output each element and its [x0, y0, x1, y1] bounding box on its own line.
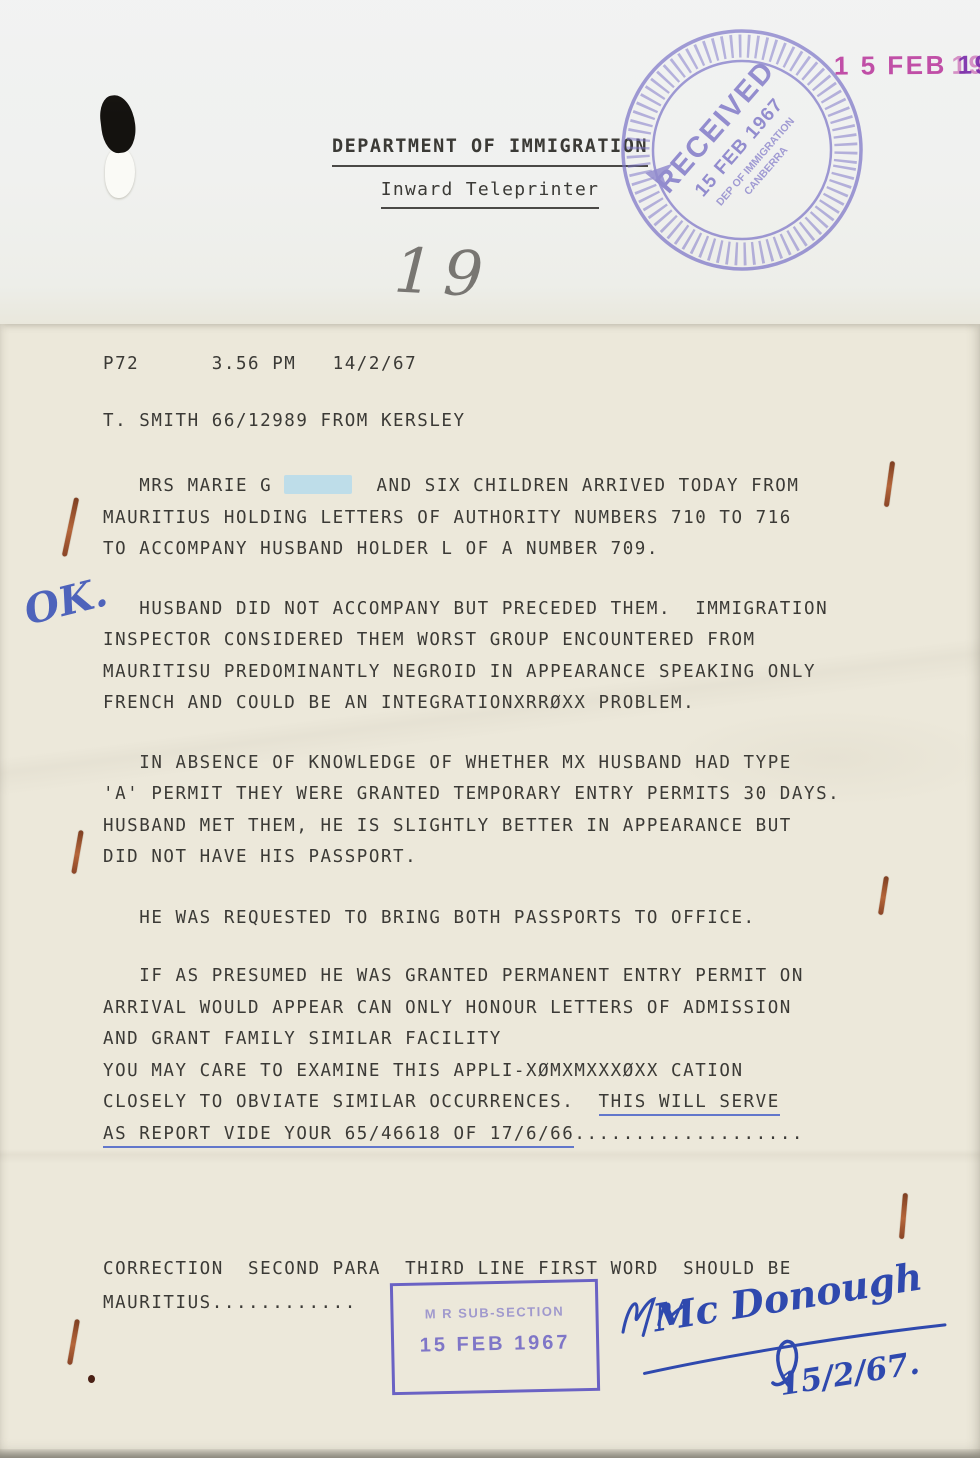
text-line: HUSBAND DID NOT ACCOMPANY BUT PRECEDED T… [103, 594, 933, 626]
pen-underlined-text: THIS WILL SERVE [599, 1092, 780, 1116]
date-stamp-top-right: 1 5 FEB 1967 [834, 49, 980, 81]
paragraph-1: MRS MARIE G AND SIX CHILDREN ARRIVED TOD… [103, 471, 933, 566]
text-segment: MRS MARIE G [103, 476, 284, 496]
text-line: IN ABSENCE OF KNOWLEDGE OF WHETHER MX HU… [103, 748, 933, 780]
text-segment: ................... [574, 1124, 804, 1144]
text-line: HE WAS REQUESTED TO BRING BOTH PASSPORTS… [103, 903, 933, 935]
ink-speck [88, 1375, 95, 1383]
paragraph-3: IN ABSENCE OF KNOWLEDGE OF WHETHER MX HU… [103, 748, 933, 874]
staple-mark [71, 830, 83, 874]
text-line: IF AS PRESUMED HE WAS GRANTED PERMANENT … [103, 961, 933, 993]
ok-handwritten-note: OK. [20, 569, 112, 635]
text-line: CLOSELY TO OBVIATE SIMILAR OCCURRENCES. … [103, 1087, 933, 1119]
page-subtitle: Inward Teleprinter [381, 174, 599, 210]
text-line: AND GRANT FAMILY SIMILAR FACILITY [103, 1024, 933, 1056]
received-round-stamp: RECEIVED 15 FEB 1967 DEP OF IMMIGRATION … [596, 4, 889, 297]
text-line: 'A' PERMIT THEY WERE GRANTED TEMPORARY E… [103, 779, 933, 811]
staple-mark [62, 497, 79, 557]
date-stamp-year: 1967 [958, 49, 980, 79]
text-line: AS REPORT VIDE YOUR 65/46618 OF 17/6/66.… [103, 1119, 933, 1151]
text-line: DID NOT HAVE HIS PASSPORT. [103, 842, 933, 874]
text-line: YOU MAY CARE TO EXAMINE THIS APPLI-XØMXM… [103, 1056, 933, 1088]
signature-block: Mc Donough 15/2/67. [627, 1256, 973, 1458]
staple-mark [67, 1319, 79, 1365]
page-title: DEPARTMENT OF IMMIGRATION [332, 131, 648, 167]
text-line: HUSBAND MET THEM, HE IS SLIGHTLY BETTER … [103, 811, 933, 843]
staple-mark [899, 1193, 907, 1239]
section-box-stamp: M R SUB-SECTION 15 FEB 1967 [390, 1279, 600, 1395]
text-line: MRS MARIE G AND SIX CHILDREN ARRIVED TOD… [103, 471, 933, 503]
paragraph-5: IF AS PRESUMED HE WAS GRANTED PERMANENT … [103, 961, 933, 1150]
message-body: P72 3.56 PM 14/2/67 T. SMITH 66/12989 FR… [103, 349, 933, 1150]
text-line: TO ACCOMPANY HUSBAND HOLDER L OF A NUMBE… [103, 534, 933, 566]
date-stamp-day: 1 5 FEB [834, 50, 947, 81]
text-segment: AND SIX CHILDREN ARRIVED TODAY FROM [352, 476, 799, 496]
paragraph-2: HUSBAND DID NOT ACCOMPANY BUT PRECEDED T… [103, 594, 933, 720]
text-line: MAURITIUS HOLDING LETTERS OF AUTHORITY N… [103, 503, 933, 535]
text-line: ARRIVAL WOULD APPEAR CAN ONLY HONOUR LET… [103, 993, 933, 1025]
paragraph-4: HE WAS REQUESTED TO BRING BOTH PASSPORTS… [103, 903, 933, 935]
section-stamp-title: M R SUB-SECTION [393, 1303, 595, 1322]
text-line: FRENCH AND COULD BE AN INTEGRATIONXRRØXX… [103, 688, 933, 720]
pencil-page-number: 19 [392, 233, 495, 311]
message-meta-line: P72 3.56 PM 14/2/67 [103, 349, 933, 381]
text-line: MAURITISU PREDOMINANTLY NEGROID IN APPEA… [103, 657, 933, 689]
scan-bottom-edge [0, 1449, 980, 1458]
section-stamp-date: 15 FEB 1967 [394, 1331, 596, 1358]
text-segment: CLOSELY TO OBVIATE SIMILAR OCCURRENCES. [103, 1092, 599, 1112]
text-line: INSPECTOR CONSIDERED THEM WORST GROUP EN… [103, 625, 933, 657]
redaction-box [284, 475, 352, 494]
message-from-line: T. SMITH 66/12989 FROM KERSLEY [103, 406, 933, 438]
pen-underlined-text: AS REPORT VIDE YOUR 65/46618 OF 17/6/66 [103, 1124, 574, 1148]
teleprinter-document-page: DEPARTMENT OF IMMIGRATION Inward Telepri… [0, 0, 980, 1458]
